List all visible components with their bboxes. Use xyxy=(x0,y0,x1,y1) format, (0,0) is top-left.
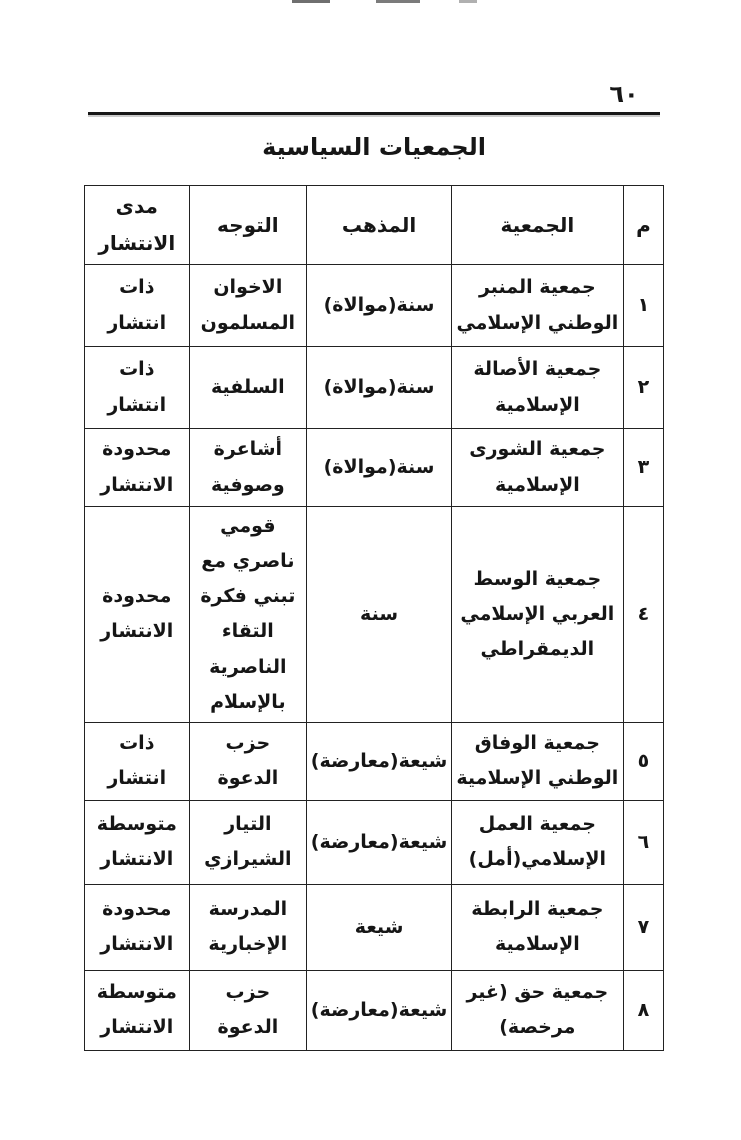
doctrine-cell: سنة(موالاة) xyxy=(307,429,452,507)
index-cell: ٢ xyxy=(623,347,663,429)
table-row: ٦ جمعية العمل الإسلامي(أمل) شيعة(معارضة)… xyxy=(85,800,664,884)
col-header-orientation: التوجه xyxy=(189,186,307,265)
index-cell: ٤ xyxy=(623,507,663,723)
association-cell: جمعية المنبر الوطني الإسلامي xyxy=(451,265,623,347)
scan-artifact xyxy=(376,0,420,3)
index-cell: ٣ xyxy=(623,429,663,507)
scanned-book-page: ٦٠ الجمعيات السياسية م الجمعية المذهب ال… xyxy=(0,0,741,1140)
orientation-cell: السلفية xyxy=(189,347,307,429)
scan-artifact xyxy=(459,0,477,3)
table-row: ٤ جمعية الوسط العربي الإسلامي الديمقراطي… xyxy=(85,507,664,723)
spread-cell: محدودة الانتشار xyxy=(85,507,190,723)
page-title: الجمعيات السياسية xyxy=(84,133,664,161)
col-header-doctrine: المذهب xyxy=(307,186,452,265)
orientation-cell: الاخوان المسلمون xyxy=(189,265,307,347)
doctrine-cell: سنة(موالاة) xyxy=(307,347,452,429)
orientation-cell: حزب الدعوة xyxy=(189,970,307,1050)
association-cell: جمعية الوسط العربي الإسلامي الديمقراطي xyxy=(451,507,623,723)
association-cell: جمعية الرابطة الإسلامية xyxy=(451,884,623,970)
doctrine-cell: شيعة(معارضة) xyxy=(307,970,452,1050)
table-row: ٢ جمعية الأصالة الإسلامية سنة(موالاة) ال… xyxy=(85,347,664,429)
col-header-spread: مدى الانتشار xyxy=(85,186,190,265)
table-row: ٣ جمعية الشورى الإسلامية سنة(موالاة) أشا… xyxy=(85,429,664,507)
doctrine-cell: سنة xyxy=(307,507,452,723)
orientation-cell: حزب الدعوة xyxy=(189,722,307,800)
spread-cell: محدودة الانتشار xyxy=(85,429,190,507)
doctrine-cell: شيعة(معارضة) xyxy=(307,722,452,800)
spread-cell: متوسطة الانتشار xyxy=(85,800,190,884)
index-cell: ٧ xyxy=(623,884,663,970)
table-row: ٥ جمعية الوفاق الوطني الإسلامية شيعة(معا… xyxy=(85,722,664,800)
orientation-cell: المدرسة الإخبارية xyxy=(189,884,307,970)
doctrine-cell: شيعة xyxy=(307,884,452,970)
spread-cell: ذات انتشار xyxy=(85,265,190,347)
header-rule xyxy=(88,112,660,115)
association-cell: جمعية حق (غير مرخصة) xyxy=(451,970,623,1050)
index-cell: ١ xyxy=(623,265,663,347)
association-cell: جمعية الشورى الإسلامية xyxy=(451,429,623,507)
table-header-row: م الجمعية المذهب التوجه مدى الانتشار xyxy=(85,186,664,265)
page-number: ٦٠ xyxy=(598,80,650,108)
col-header-association: الجمعية xyxy=(451,186,623,265)
scan-artifact xyxy=(292,0,330,3)
index-cell: ٦ xyxy=(623,800,663,884)
orientation-cell: التيار الشيرازي xyxy=(189,800,307,884)
spread-cell: متوسطة الانتشار xyxy=(85,970,190,1050)
col-header-index: م xyxy=(623,186,663,265)
index-cell: ٥ xyxy=(623,722,663,800)
table-row: ٧ جمعية الرابطة الإسلامية شيعة المدرسة ا… xyxy=(85,884,664,970)
spread-cell: ذات انتشار xyxy=(85,347,190,429)
association-cell: جمعية الوفاق الوطني الإسلامية xyxy=(451,722,623,800)
doctrine-cell: سنة(موالاة) xyxy=(307,265,452,347)
spread-cell: محدودة الانتشار xyxy=(85,884,190,970)
associations-table: م الجمعية المذهب التوجه مدى الانتشار ١ ج… xyxy=(84,185,664,1051)
spread-cell: ذات انتشار xyxy=(85,722,190,800)
index-cell: ٨ xyxy=(623,970,663,1050)
association-cell: جمعية العمل الإسلامي(أمل) xyxy=(451,800,623,884)
orientation-cell: قومي ناصري مع تبني فكرة التقاء الناصرية … xyxy=(189,507,307,723)
orientation-cell: أشاعرة وصوفية xyxy=(189,429,307,507)
association-cell: جمعية الأصالة الإسلامية xyxy=(451,347,623,429)
table-row: ٨ جمعية حق (غير مرخصة) شيعة(معارضة) حزب … xyxy=(85,970,664,1050)
doctrine-cell: شيعة(معارضة) xyxy=(307,800,452,884)
table-row: ١ جمعية المنبر الوطني الإسلامي سنة(موالا… xyxy=(85,265,664,347)
